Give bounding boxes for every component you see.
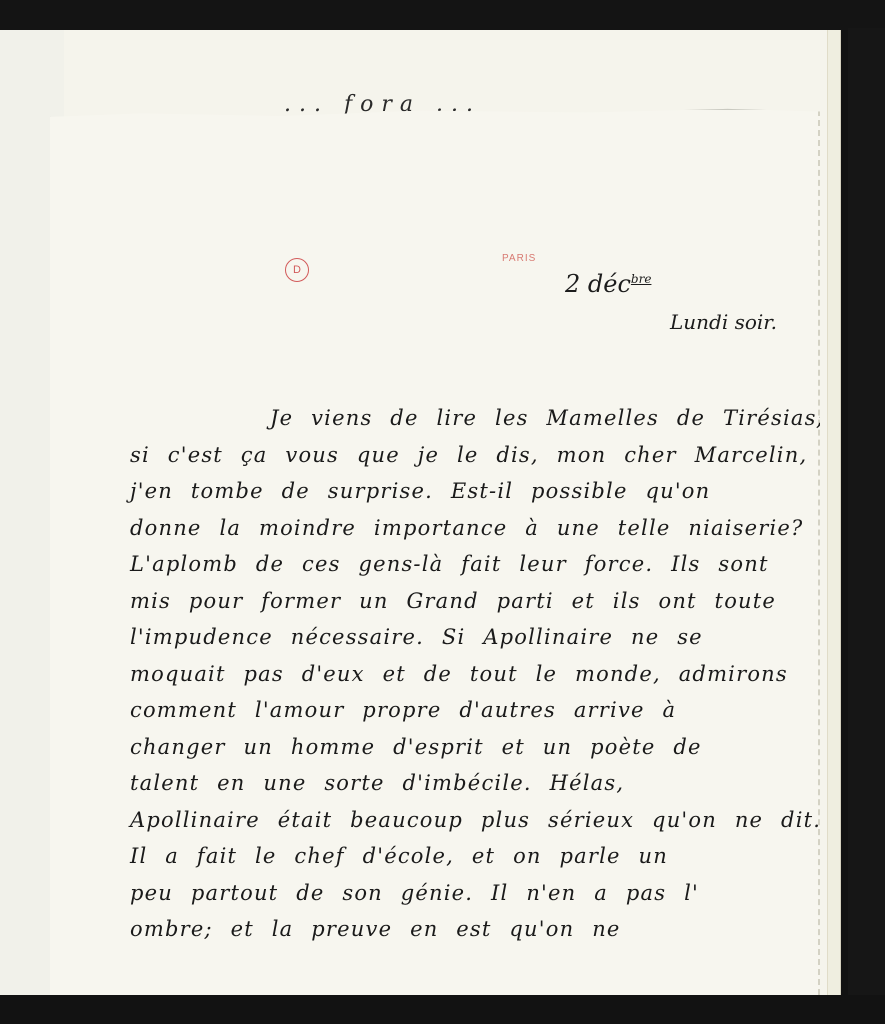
body-line: comment l'amour propre d'autres arrive à bbox=[130, 692, 800, 729]
place-stamp: PARIS bbox=[502, 253, 536, 264]
body-line: changer un homme d'esprit et un poète de bbox=[130, 729, 800, 766]
date-text: 2 déc bbox=[565, 270, 631, 298]
letter-body: Je viens de lire les Mamelles de Tirésia… bbox=[130, 400, 800, 948]
body-line: si c'est ça vous que je le dis, mon cher… bbox=[130, 437, 800, 474]
body-line: j'en tombe de surprise. Est-il possible … bbox=[130, 473, 800, 510]
body-line: peu partout de son génie. Il n'en a pas … bbox=[130, 875, 800, 912]
library-stamp-icon: D bbox=[285, 258, 309, 282]
body-line: l'impudence nécessaire. Si Apollinaire n… bbox=[130, 619, 800, 656]
body-line: Je viens de lire les Mamelles de Tirésia… bbox=[130, 400, 800, 437]
body-line: Il a fait le chef d'école, et on parle u… bbox=[130, 838, 800, 875]
body-line: mis pour former un Grand parti et ils on… bbox=[130, 583, 800, 620]
body-line: ombre; et la preuve en est qu'on ne bbox=[130, 911, 800, 948]
letter-sheet: D PARIS 2 décbre Lundi soir. Je viens de… bbox=[50, 108, 820, 995]
body-line: moquait pas d'eux et de tout le monde, a… bbox=[130, 656, 800, 693]
underlying-sheet-edge bbox=[827, 30, 840, 995]
deckle-edge bbox=[812, 110, 820, 995]
scan-frame-top bbox=[0, 0, 885, 30]
body-line: donne la moindre importance à une telle … bbox=[130, 510, 800, 547]
scan-frame-right bbox=[848, 28, 885, 998]
date-superscript: bre bbox=[631, 272, 652, 286]
body-line: L'aplomb de ces gens-là fait leur force.… bbox=[130, 546, 800, 583]
body-line: talent en une sorte d'imbécile. Hélas, bbox=[130, 765, 800, 802]
letter-date: 2 décbre bbox=[565, 270, 651, 298]
body-line: Apollinaire était beaucoup plus sérieux … bbox=[130, 802, 800, 839]
scan-frame-bottom bbox=[0, 995, 885, 1024]
letter-day: Lundi soir. bbox=[670, 310, 777, 334]
